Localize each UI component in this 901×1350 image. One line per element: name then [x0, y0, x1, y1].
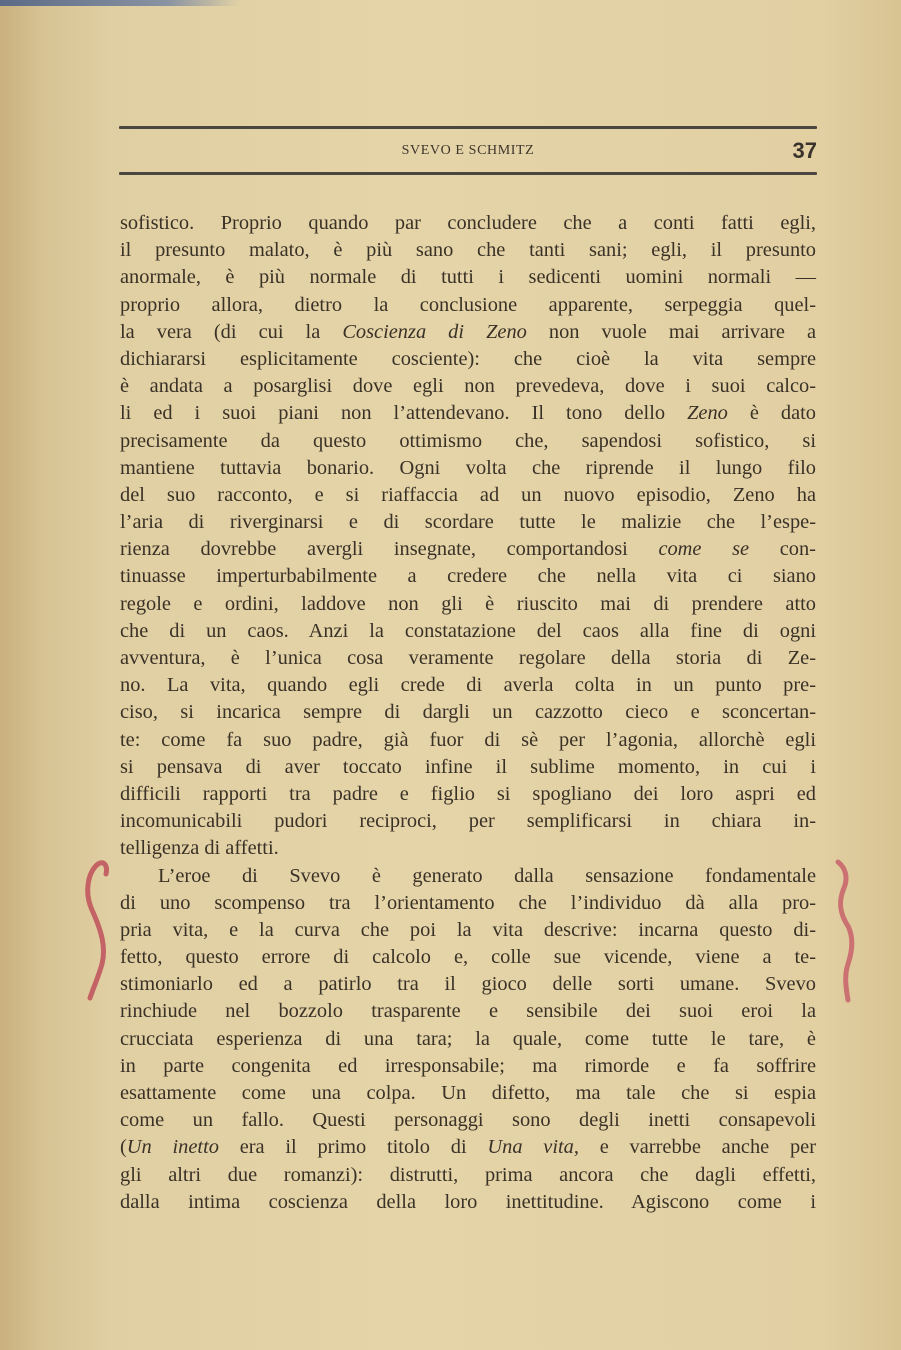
- text-line: si pensava di aver toccato infine il sub…: [120, 754, 816, 781]
- text-line: dalla intima coscienza della loro inetti…: [120, 1189, 816, 1216]
- paragraph-2: L’eroe di Svevo è generato dalla sensazi…: [120, 863, 816, 1216]
- text-line: difficili rapporti tra padre e figlio si…: [120, 781, 816, 808]
- text-line: ciso, si incarica sempre di dargli un ca…: [120, 699, 816, 726]
- text-line: regole e ordini, laddove non gli è riusc…: [120, 591, 816, 618]
- paragraph-1: sofistico. Proprio quando par concludere…: [120, 210, 816, 863]
- text-line: di uno scompenso tra l’orientamento che …: [120, 890, 816, 917]
- left-margin-bracket-mark: [78, 852, 128, 1012]
- page-top-edge: [0, 0, 240, 6]
- text-line: come un fallo. Questi personaggi sono de…: [120, 1107, 816, 1134]
- text-line: L’eroe di Svevo è generato dalla sensazi…: [120, 863, 816, 890]
- text-line: no. La vita, quando egli crede di averla…: [120, 672, 816, 699]
- text-line: esattamente come una colpa. Un difetto, …: [120, 1080, 816, 1107]
- text-line: mantiene tuttavia bonario. Ogni volta ch…: [120, 455, 816, 482]
- text-line: te: come fa suo padre, già fuor di sè pe…: [120, 727, 816, 754]
- text-line: avventura, è l’unica cosa veramente rego…: [120, 645, 816, 672]
- text-line: incomunicabili pudori reciproci, per sem…: [120, 808, 816, 835]
- text-line: anormale, è più normale di tutti i sedic…: [120, 264, 816, 291]
- text-line: del suo racconto, e si riaffaccia ad un …: [120, 482, 816, 509]
- body-text: sofistico. Proprio quando par concludere…: [120, 210, 816, 1216]
- text-line: dichiararsi esplicitamente cosciente): c…: [120, 346, 816, 373]
- text-line: (Un inetto era il primo titolo di Una vi…: [120, 1134, 816, 1161]
- text-line: stimoniarlo ed a patirlo tra il gioco de…: [120, 971, 816, 998]
- text-line: crucciata esperienza di una tara; la qua…: [120, 1026, 816, 1053]
- text-line: li ed i suoi piani non l’attendevano. Il…: [120, 400, 816, 427]
- text-line: precisamente da questo ottimismo che, sa…: [120, 428, 816, 455]
- text-line: gli altri due romanzi): distrutti, prima…: [120, 1162, 816, 1189]
- header-rule-top: [119, 126, 817, 129]
- text-line: l’aria di riverginarsi e di scordare tut…: [120, 509, 816, 536]
- text-line: il presunto malato, è più sano che tanti…: [120, 237, 816, 264]
- text-line: pria vita, e la curva che poi la vita de…: [120, 917, 816, 944]
- text-line: rinchiude nel bozzolo trasparente e sens…: [120, 998, 816, 1025]
- running-title: SVEVO E SCHMITZ: [119, 143, 817, 159]
- text-line: che di un caos. Anzi la constatazione de…: [120, 618, 816, 645]
- text-line: telligenza di affetti.: [120, 835, 816, 862]
- running-header: SVEVO E SCHMITZ 37: [119, 126, 817, 178]
- right-margin-bracket-mark: [826, 852, 876, 1012]
- text-line: sofistico. Proprio quando par concludere…: [120, 210, 816, 237]
- text-line: fetto, questo errore di calcolo e, colle…: [120, 944, 816, 971]
- text-line: è andata a posarglisi dove egli non prev…: [120, 373, 816, 400]
- text-line: la vera (di cui la Coscienza di Zeno non…: [120, 319, 816, 346]
- text-line: tinuasse imperturbabilmente a credere ch…: [120, 563, 816, 590]
- text-line: proprio allora, dietro la conclusione ap…: [120, 292, 816, 319]
- header-rule-bottom: [119, 172, 817, 175]
- text-line: in parte congenita ed irresponsabile; ma…: [120, 1053, 816, 1080]
- text-line: rienza dovrebbe avergli insegnate, compo…: [120, 536, 816, 563]
- page-number: 37: [793, 138, 817, 164]
